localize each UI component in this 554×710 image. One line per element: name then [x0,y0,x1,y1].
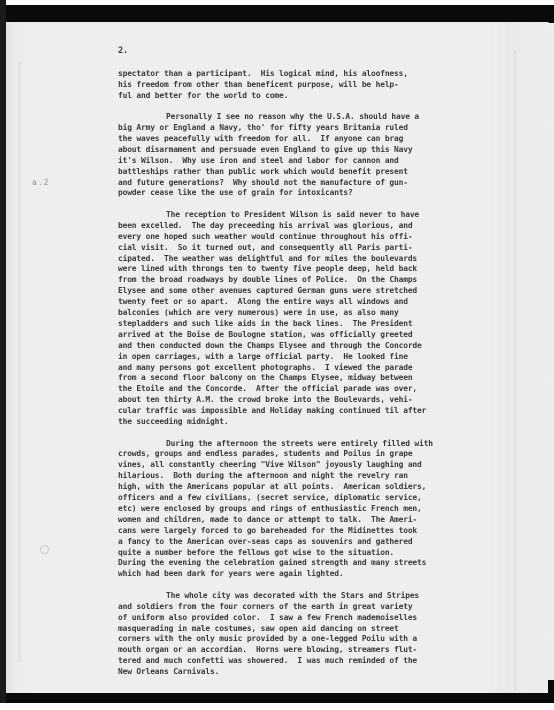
page-number: 2. [118,46,518,57]
line-text: etc) were enclosed by groups and rings o… [118,504,422,513]
text-line: vines, all constantly cheering "Vive Wil… [118,460,518,471]
paragraph: Personally I see no reason why the U.S.A… [118,112,518,199]
text-line: hilarious. Both during the afternoon and… [118,471,518,482]
line-text: women and children, made to dance or att… [118,515,417,524]
text-line: of uniform also provided color. I saw a … [118,613,518,624]
line-text: been excelled. The day preceeding his ar… [118,221,412,230]
text-line: corners with the only music provided by … [118,634,518,645]
scan-shadow-top [6,5,554,23]
line-text: masquerading in male costumes, saw open … [118,624,399,633]
line-text: his freedom from other than beneficent p… [118,80,399,89]
bottom-border [0,703,554,710]
line-text: corners with the only music provided by … [118,634,417,643]
text-line: Personally I see no reason why the U.S.A… [118,112,518,123]
line-text: about ten thirty A.M. the crowd broke in… [118,395,412,404]
line-text: a fancy to the American over-seas caps a… [118,537,412,546]
line-text: officers and a few civilians, (secret se… [118,493,422,502]
text-line: the Etoile and the Concorde. After the o… [118,384,518,395]
text-line: high, with the Americans popular at all … [118,482,518,493]
text-line: During the afternoon the streets were en… [118,439,518,450]
punch-hole-mark [40,545,49,554]
text-line: every one hoped such weather would conti… [118,232,518,243]
paragraph: The whole city was decorated with the St… [118,591,518,678]
text-line: cular traffic was impossible and Holiday… [118,406,518,417]
line-text: powder cease like the use of grain for i… [118,188,353,197]
text-line: his freedom from other than beneficent p… [118,80,518,91]
line-text: in open carriages, with a large official… [118,352,408,361]
text-line: The reception to President Wilson is sai… [118,210,518,221]
line-text: it's Wilson. Why use iron and steel and … [118,156,399,165]
text-line: stepladders and such like aids in the ba… [118,319,518,330]
line-text: and many persons got excellent photograp… [118,363,412,372]
text-line: During the evening the celebration gaine… [118,558,518,569]
line-text: the waves peacefully with freedom for al… [118,134,403,143]
line-text: big Army or England a Navy, tho' for fif… [118,123,408,132]
line-text: battleships rather than public work whic… [118,167,408,176]
line-text: twenty feet or so apart. Along the entir… [118,297,408,306]
line-text: vines, all constantly cheering "Vive Wil… [118,460,422,469]
line-text: and future generations? Why should not t… [118,178,408,187]
text-line: and soldiers from the four corners of th… [118,602,518,613]
scan-shadow-bottom [6,693,554,703]
paragraph: The reception to President Wilson is sai… [118,210,518,428]
text-line: tered and much confetti was showered. I … [118,656,518,667]
line-text: Elysee and some other avenues captured G… [118,286,417,295]
text-line: The whole city was decorated with the St… [118,591,518,602]
text-line: cipated. The weather was delightful and … [118,254,518,265]
line-text: hilarious. Both during the afternoon and… [118,471,408,480]
line-text: New Orleans Carnivals. [118,667,219,676]
line-text: The reception to President Wilson is sai… [166,210,419,219]
line-text: from a second floor balcony on the Champ… [118,373,412,382]
text-line: about ten thirty A.M. the crowd broke in… [118,395,518,406]
line-text: cans were largely forced to go bareheade… [118,526,417,535]
line-text: and soldiers from the four corners of th… [118,602,412,611]
line-text: During the afternoon the streets were en… [166,439,433,448]
line-text: ful and better for the world to come. [118,91,288,100]
line-text: cial visit. So it turned out, and conseq… [118,243,412,252]
text-line: in open carriages, with a large official… [118,352,518,363]
margin-mark: a.2 [32,178,49,187]
text-line: twenty feet or so apart. Along the entir… [118,297,518,308]
text-line: it's Wilson. Why use iron and steel and … [118,156,518,167]
line-text: crowds, groups and endless parades, stud… [118,449,412,458]
paragraph: spectator than a participant. His logica… [118,69,518,102]
text-line: the waves peacefully with freedom for al… [118,134,518,145]
line-text: quite a number before the fellows got wi… [118,548,394,557]
text-line: masquerading in male costumes, saw open … [118,624,518,635]
line-text: and then conducted down the Champs Elyse… [118,341,422,350]
text-line: big Army or England a Navy, tho' for fif… [118,123,518,134]
line-text: which had been dark for years were again… [118,569,343,578]
text-line: were lined with throngs ten to twenty fi… [118,264,518,275]
line-text: stepladders and such like aids in the ba… [118,319,412,328]
line-text: about disarmament and persuade even Engl… [118,145,412,154]
text-line: spectator than a participant. His logica… [118,69,518,80]
text-line: New Orleans Carnivals. [118,667,518,678]
text-line: and then conducted down the Champs Elyse… [118,341,518,352]
line-text: spectator than a participant. His logica… [118,69,408,78]
line-text: cular traffic was impossible and Holiday… [118,406,426,415]
line-text: every one hoped such weather would conti… [118,232,412,241]
line-text: During the evening the celebration gaine… [118,558,426,567]
text-line: balconies (which are very numerous) were… [118,308,518,319]
text-line: officers and a few civilians, (secret se… [118,493,518,504]
document-body: 2. spectator than a participant. His log… [118,46,518,689]
text-line: women and children, made to dance or att… [118,515,518,526]
text-line: crowds, groups and endless parades, stud… [118,449,518,460]
text-line: about disarmament and persuade even Engl… [118,145,518,156]
line-text: were lined with throngs ten to twenty fi… [118,264,417,273]
text-line: Elysee and some other avenues captured G… [118,286,518,297]
text-line: etc) were enclosed by groups and rings o… [118,504,518,515]
text-line: cial visit. So it turned out, and conseq… [118,243,518,254]
text-line: the succeeding midnight. [118,417,518,428]
line-text: mouth organ or an accordian. Horns were … [118,645,417,654]
scanned-document-viewer: a.2 2. spectator than a participant. His… [0,0,554,710]
text-line: which had been dark for years were again… [118,569,518,580]
text-line: quite a number before the fellows got wi… [118,548,518,559]
line-text: of uniform also provided color. I saw a … [118,613,417,622]
text-line: and future generations? Why should not t… [118,178,518,189]
line-text: arrived at the Boise de Boulogne station… [118,330,412,339]
line-text: The whole city was decorated with the St… [166,591,419,600]
line-text: from the broad roadways by double lines … [118,275,417,284]
text-line: battleships rather than public work whic… [118,167,518,178]
line-text: high, with the Americans popular at all … [118,482,426,491]
paragraph-container: spectator than a participant. His logica… [118,69,518,678]
text-line: and many persons got excellent photograp… [118,363,518,374]
line-text: the succeeding midnight. [118,417,228,426]
line-text: Personally I see no reason why the U.S.A… [166,112,419,121]
line-text: tered and much confetti was showered. I … [118,656,417,665]
text-line: powder cease like the use of grain for i… [118,188,518,199]
text-line: been excelled. The day preceeding his ar… [118,221,518,232]
text-line: ful and better for the world to come. [118,91,518,102]
text-line: cans were largely forced to go bareheade… [118,526,518,537]
text-line: a fancy to the American over-seas caps a… [118,537,518,548]
paragraph: During the afternoon the streets were en… [118,439,518,581]
text-line: from the broad roadways by double lines … [118,275,518,286]
paper-fold-shadow [18,62,22,662]
text-line: arrived at the Boise de Boulogne station… [118,330,518,341]
line-text: cipated. The weather was delightful and … [118,254,417,263]
text-line: from a second floor balcony on the Champ… [118,373,518,384]
text-line: mouth organ or an accordian. Horns were … [118,645,518,656]
line-text: balconies (which are very numerous) were… [118,308,399,317]
line-text: the Etoile and the Concorde. After the o… [118,384,417,393]
